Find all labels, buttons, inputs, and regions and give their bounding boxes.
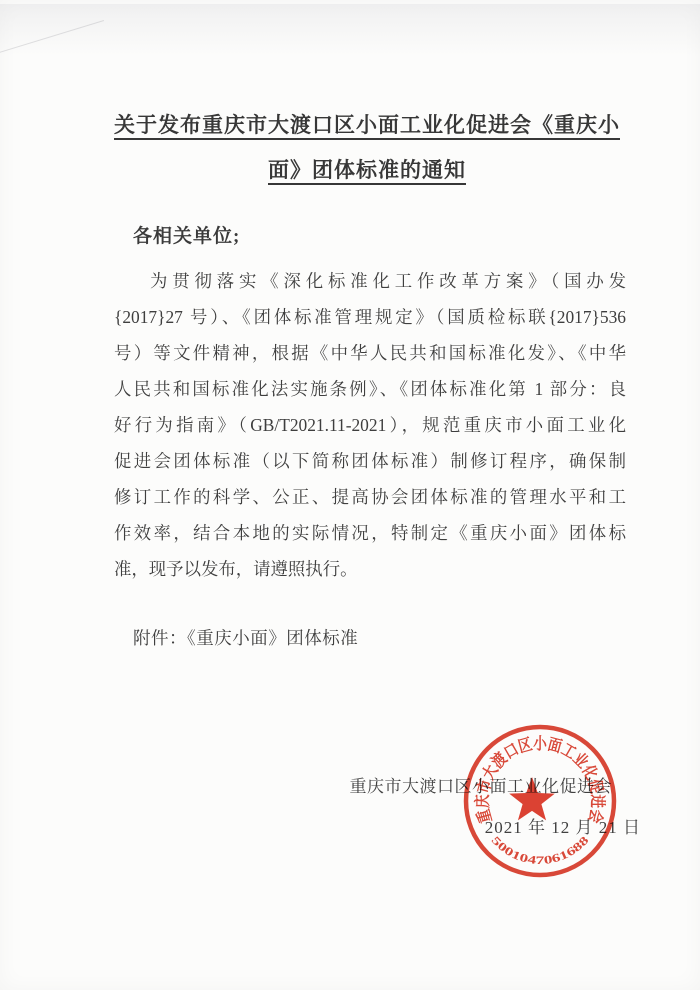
body-line: 好行为指南》（GB/T2021.11-2021），规范重庆市小面工业化 — [114, 407, 626, 443]
scan-artifact-corner-line — [0, 0, 104, 59]
document-page: 关于发布重庆市大渡口区小面工业化促进会《重庆小 面》团体标准的通知 各相关单位;… — [0, 0, 700, 990]
seal-number: 5001047061688 — [489, 834, 592, 867]
notice-content: 关于发布重庆市大渡口区小面工业化促进会《重庆小 面》团体标准的通知 各相关单位;… — [106, 0, 628, 651]
salutation: 各相关单位; — [106, 224, 628, 250]
attachment-line: 附件：《重庆小面》团体标准 — [106, 625, 628, 651]
body-line: 人民共和国标准化法实施条例》、《团体标准化第 1 部分：良 — [114, 371, 626, 407]
signature-date: 2021 年 12 月 21 日 — [485, 813, 641, 838]
seal-ring — [466, 727, 614, 875]
body-line: 为贯彻落实《深化标准化工作改革方案》（国办发 — [114, 263, 626, 299]
body-line: 号）等文件精神，根据《中华人民共和国标准化发》、《中华 — [114, 335, 626, 371]
notice-title-line2: 面》团体标准的通知 — [106, 148, 628, 193]
signature-org: 重庆市大渡口区小面工业化促进会 — [350, 772, 613, 797]
body-line: {2017}27 号）、《团体标准管理规定》（国质检标联{2017}536 — [114, 299, 626, 335]
notice-body: 为贯彻落实《深化标准化工作改革方案》（国办发 {2017}27 号）、《团体标准… — [106, 263, 626, 587]
notice-title-line1: 关于发布重庆市大渡口区小面工业化促进会《重庆小 — [106, 103, 628, 148]
official-seal-stamp: 重庆市大渡口区小面工业化促进会 5001047061688 — [455, 718, 625, 888]
notice-title: 关于发布重庆市大渡口区小面工业化促进会《重庆小 面》团体标准的通知 — [106, 103, 628, 193]
body-line: 修订工作的科学、公正、提高协会团体标准的管理水平和工 — [114, 479, 626, 515]
body-line: 促进会团体标准（以下简称团体标准）制修订程序，确保制 — [114, 443, 626, 479]
body-line: 作效率，结合本地的实际情况，特制定《重庆小面》团体标 — [114, 515, 626, 551]
body-line: 准，现予以发布，请遵照执行。 — [114, 551, 626, 587]
